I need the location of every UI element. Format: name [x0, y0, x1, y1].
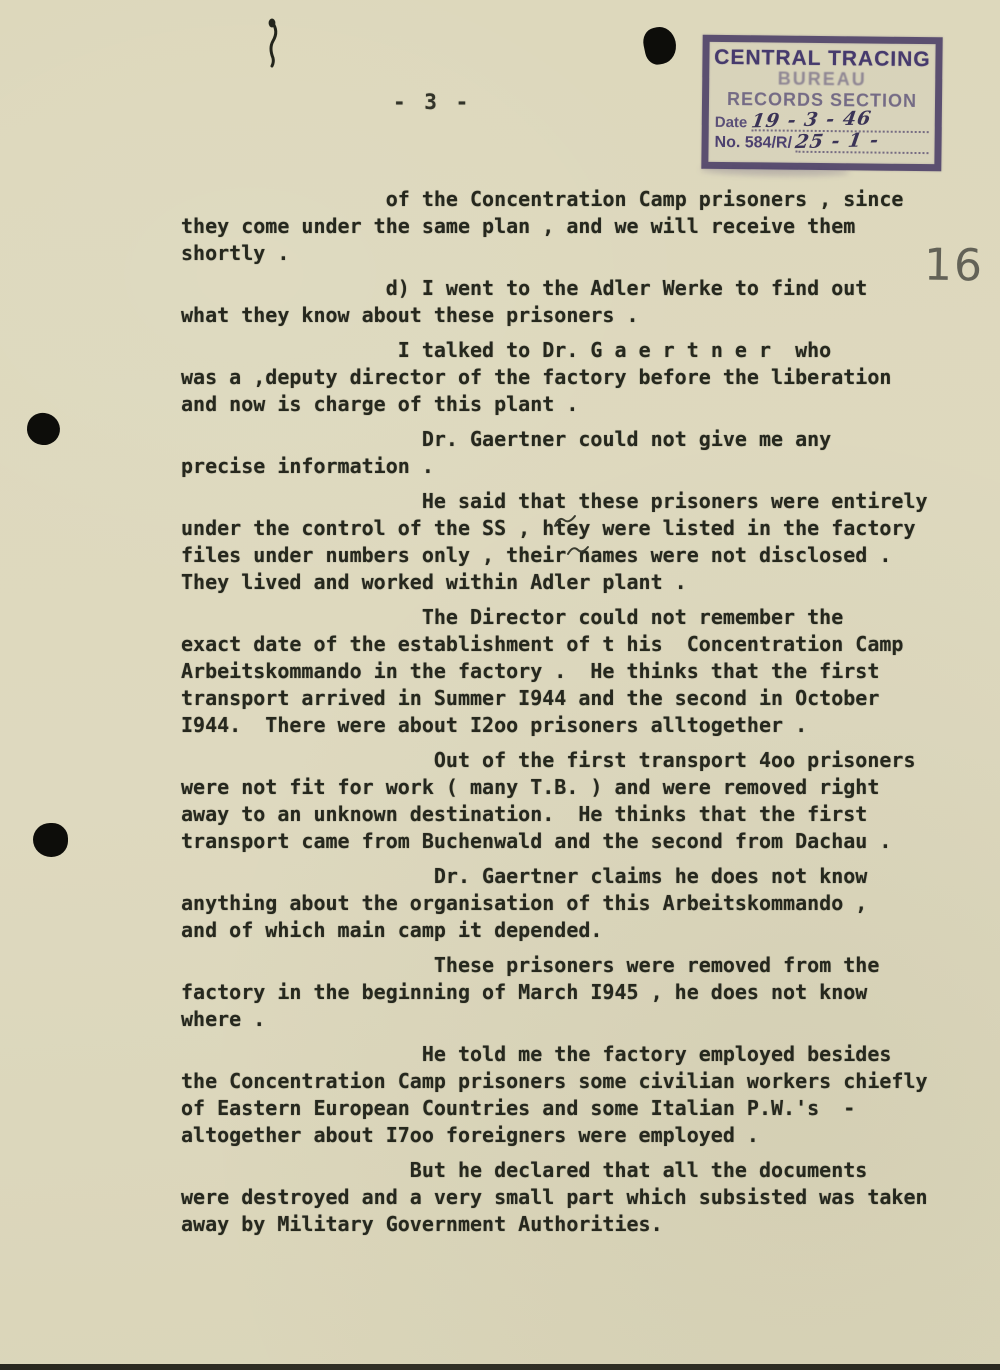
paragraph: I talked to Dr. G a e r t n e r who was … — [181, 337, 971, 418]
paragraph: He said that these prisoners were entire… — [181, 488, 971, 596]
stamp-org-line2: BUREAU — [709, 68, 935, 91]
hole-punch-dot — [33, 823, 68, 857]
correction-squiggle — [566, 544, 590, 558]
hole-punch-dot — [25, 411, 62, 447]
paragraph: He told me the factory employed besides … — [181, 1041, 971, 1149]
scanned-page: - 3 - CENTRAL TRACING BUREAU RECORDS SEC… — [0, 0, 1000, 1370]
stamp-date-label: Date — [715, 114, 748, 131]
typewritten-text: of the Concentration Camp prisoners , si… — [181, 186, 971, 1246]
scan-bottom-edge — [0, 1364, 1000, 1370]
stamp-number-label: No. 584/R/ — [714, 134, 792, 153]
paragraph: of the Concentration Camp prisoners , si… — [181, 186, 971, 267]
stamp-date-value: 19 - 3 - 46 — [750, 110, 872, 129]
ink-mark — [258, 18, 286, 74]
paragraph: But he declared that all the documents w… — [181, 1157, 971, 1238]
paragraph: The Director could not remember the exac… — [181, 604, 971, 739]
paragraph: Out of the first transport 4oo prisoners… — [181, 747, 971, 855]
paragraph: d) I went to the Adler Werke to find out… — [181, 275, 971, 329]
page-number: - 3 - — [393, 90, 471, 114]
paragraph: These prisoners were removed from the fa… — [181, 952, 971, 1033]
stamp-number-row: No. 584/R/ 25 - 1 - — [708, 132, 934, 154]
paragraph: Dr. Gaertner claims he does not know any… — [181, 863, 971, 944]
paragraph: Dr. Gaertner could not give me any preci… — [181, 426, 971, 480]
ink-blob — [641, 24, 680, 67]
stamp-number-line: 25 - 1 - — [796, 133, 929, 154]
records-stamp: CENTRAL TRACING BUREAU RECORDS SECTION D… — [701, 35, 942, 172]
stamp-number-value: 25 - 1 - — [795, 132, 881, 150]
correction-squiggle — [552, 514, 578, 530]
